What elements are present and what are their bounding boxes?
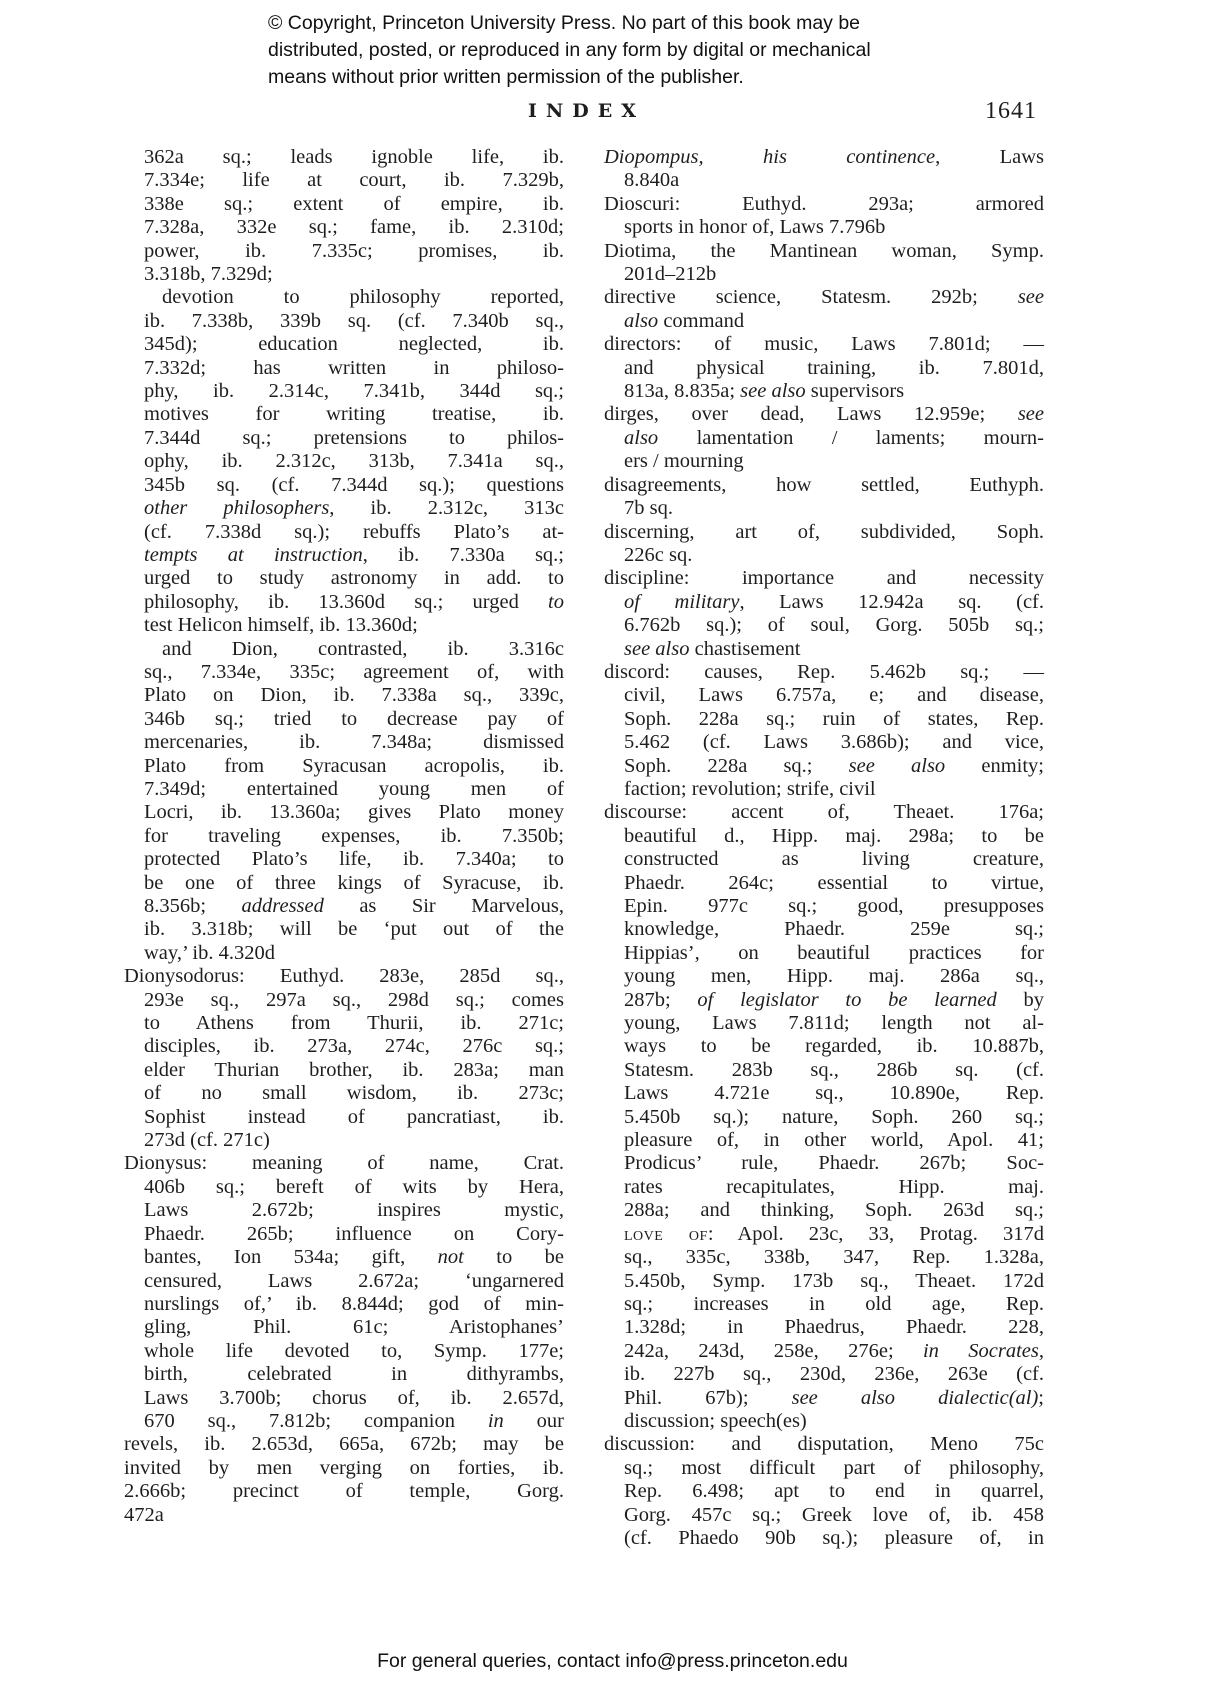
index-line: also command (604, 310, 1044, 333)
index-line: 338e sq.; extent of empire, ib. (124, 193, 564, 216)
index-line: young, Laws 7.811d; length not al- (604, 1012, 1044, 1035)
index-line: Soph. 228a sq.; ruin of states, Rep. (604, 708, 1044, 731)
index-line: Statesm. 283b sq., 286b sq. (cf. (604, 1059, 1044, 1082)
index-line: pleasure of, in other world, Apol. 41; (604, 1129, 1044, 1152)
index-line: 813a, 8.835a; see also supervisors (604, 380, 1044, 403)
index-line: Diopompus, his continence, Laws (604, 146, 1044, 169)
footer-contact: For general queries, contact info@press.… (0, 1650, 1225, 1673)
index-line: nurslings of,’ ib. 8.844d; god of min- (124, 1293, 564, 1316)
index-line: 5.462 (cf. Laws 3.686b); and vice, (604, 731, 1044, 754)
index-line: faction; revolution; strife, civil (604, 778, 1044, 801)
index-line: for traveling expenses, ib. 7.350b; (124, 825, 564, 848)
index-line: 288a; and thinking, Soph. 263d sq.; (604, 1199, 1044, 1222)
index-line: 5.450b, Symp. 173b sq., Theaet. 172d (604, 1270, 1044, 1293)
index-line: discussion: and disputation, Meno 75c (604, 1433, 1044, 1456)
index-line: directors: of music, Laws 7.801d; — (604, 333, 1044, 356)
index-line: Laws 4.721e sq., 10.890e, Rep. (604, 1082, 1044, 1105)
index-line: discourse: accent of, Theaet. 176a; (604, 801, 1044, 824)
index-line: Epin. 977c sq.; good, presupposes (604, 895, 1044, 918)
index-line: ib. 227b sq., 230d, 236e, 263e (cf. (604, 1363, 1044, 1386)
index-line: 2.666b; precinct of temple, Gorg. (124, 1480, 564, 1503)
index-line: 242a, 243d, 258e, 276e; in Socrates, (604, 1340, 1044, 1363)
index-line: disagreements, how settled, Euthyph. (604, 474, 1044, 497)
index-line: philosophy, ib. 13.360d sq.; urged to (124, 591, 564, 614)
index-line: censured, Laws 2.672a; ‘ungarnered (124, 1270, 564, 1293)
index-line: Diotima, the Mantinean woman, Symp. (604, 240, 1044, 263)
copyright-line: distributed, posted, or reproduced in an… (268, 37, 988, 64)
index-line: way,’ ib. 4.320d (124, 942, 564, 965)
index-line: invited by men verging on forties, ib. (124, 1457, 564, 1480)
index-line: protected Plato’s life, ib. 7.340a; to (124, 848, 564, 871)
index-line: 8.356b; addressed as Sir Marvelous, (124, 895, 564, 918)
index-line: rates recapitulates, Hipp. maj. (604, 1176, 1044, 1199)
index-line: 7.349d; entertained young men of (124, 778, 564, 801)
index-line: Phaedr. 264c; essential to virtue, (604, 872, 1044, 895)
index-line: gling, Phil. 61c; Aristophanes’ (124, 1316, 564, 1339)
index-line: of no small wisdom, ib. 273c; (124, 1082, 564, 1105)
index-line: 7.344d sq.; pretensions to philos- (124, 427, 564, 450)
index-line: young men, Hipp. maj. 286a sq., (604, 965, 1044, 988)
index-column-left: 362a sq.; leads ignoble life, ib.7.334e;… (124, 146, 564, 1527)
index-line: 406b sq.; bereft of wits by Hera, (124, 1176, 564, 1199)
index-line: ib. 7.338b, 339b sq. (cf. 7.340b sq., (124, 310, 564, 333)
index-line: motives for writing treatise, ib. (124, 403, 564, 426)
index-line: 670 sq., 7.812b; companion in our (124, 1410, 564, 1433)
index-line: 7.328a, 332e sq.; fame, ib. 2.310d; (124, 216, 564, 239)
index-line: 3.318b, 7.329d; (124, 263, 564, 286)
index-line: ways to be regarded, ib. 10.887b, (604, 1035, 1044, 1058)
copyright-line: © Copyright, Princeton University Press.… (268, 10, 988, 37)
index-line: 6.762b sq.); of soul, Gorg. 505b sq.; (604, 614, 1044, 637)
index-line: Phil. 67b); see also dialectic(al); (604, 1387, 1044, 1410)
index-line: beautiful d., Hipp. maj. 298a; to be (604, 825, 1044, 848)
index-line: Plato on Dion, ib. 7.338a sq., 339c, (124, 684, 564, 707)
index-line: and Dion, contrasted, ib. 3.316c (124, 638, 564, 661)
index-line: Hippias’, on beautiful practices for (604, 942, 1044, 965)
index-line: Locri, ib. 13.360a; gives Plato money (124, 801, 564, 824)
index-line: Rep. 6.498; apt to end in quarrel, (604, 1480, 1044, 1503)
index-line: bantes, Ion 534a; gift, not to be (124, 1246, 564, 1269)
index-line: 7.334e; life at court, ib. 7.329b, (124, 169, 564, 192)
index-line: discipline: importance and necessity (604, 567, 1044, 590)
index-line: 345d); education neglected, ib. (124, 333, 564, 356)
index-line: phy, ib. 2.314c, 7.341b, 344d sq.; (124, 380, 564, 403)
index-line: elder Thurian brother, ib. 283a; man (124, 1059, 564, 1082)
running-title: INDEX (528, 100, 645, 122)
page-number: 1641 (985, 98, 1037, 125)
index-line: Dionysus: meaning of name, Crat. (124, 1152, 564, 1175)
index-line: (cf. Phaedo 90b sq.); pleasure of, in (604, 1527, 1044, 1550)
index-line: 362a sq.; leads ignoble life, ib. (124, 146, 564, 169)
index-line: ophy, ib. 2.312c, 313b, 7.341a sq., (124, 450, 564, 473)
index-line: discussion; speech(es) (604, 1410, 1044, 1433)
index-line: Sophist instead of pancratiast, ib. (124, 1106, 564, 1129)
index-line: mercenaries, ib. 7.348a; dismissed (124, 731, 564, 754)
index-line: Soph. 228a sq.; see also enmity; (604, 755, 1044, 778)
index-line: 345b sq. (cf. 7.344d sq.); questions (124, 474, 564, 497)
index-line: 472a (124, 1504, 564, 1527)
index-line: revels, ib. 2.653d, 665a, 672b; may be (124, 1433, 564, 1456)
index-line: (cf. 7.338d sq.); rebuffs Plato’s at- (124, 521, 564, 544)
index-line: love of: Apol. 23c, 33, Protag. 317d (604, 1223, 1044, 1246)
index-line: 7.332d; has written in philoso- (124, 357, 564, 380)
index-line: discord: causes, Rep. 5.462b sq.; — (604, 661, 1044, 684)
index-line: disciples, ib. 273a, 274c, 276c sq.; (124, 1035, 564, 1058)
index-line: Laws 3.700b; chorus of, ib. 2.657d, (124, 1387, 564, 1410)
index-line: and physical training, ib. 7.801d, (604, 357, 1044, 380)
index-line: 346b sq.; tried to decrease pay of (124, 708, 564, 731)
index-line: sq., 7.334e, 335c; agreement of, with (124, 661, 564, 684)
index-line: 287b; of legislator to be learned by (604, 989, 1044, 1012)
index-line: 5.450b sq.); nature, Soph. 260 sq.; (604, 1106, 1044, 1129)
copyright-line: means without prior written permission o… (268, 64, 988, 91)
index-line: also lamentation / laments; mourn- (604, 427, 1044, 450)
index-line: 7b sq. (604, 497, 1044, 520)
index-line: ers / mourning (604, 450, 1044, 473)
index-line: test Helicon himself, ib. 13.360d; (124, 614, 564, 637)
index-line: ib. 3.318b; will be ‘put out of the (124, 918, 564, 941)
index-line: birth, celebrated in dithyrambs, (124, 1363, 564, 1386)
index-line: civil, Laws 6.757a, e; and disease, (604, 684, 1044, 707)
index-line: 201d–212b (604, 263, 1044, 286)
copyright-notice: © Copyright, Princeton University Press.… (268, 10, 988, 91)
index-line: 8.840a (604, 169, 1044, 192)
index-line: directive science, Statesm. 292b; see (604, 286, 1044, 309)
index-line: sq., 335c, 338b, 347, Rep. 1.328a, (604, 1246, 1044, 1269)
index-line: Dioscuri: Euthyd. 293a; armored (604, 193, 1044, 216)
index-line: Dionysodorus: Euthyd. 283e, 285d sq., (124, 965, 564, 988)
index-line: whole life devoted to, Symp. 177e; (124, 1340, 564, 1363)
index-line: 226c sq. (604, 544, 1044, 567)
index-line: other philosophers, ib. 2.312c, 313c (124, 497, 564, 520)
index-line: sq.; increases in old age, Rep. (604, 1293, 1044, 1316)
index-line: tempts at instruction, ib. 7.330a sq.; (124, 544, 564, 567)
index-line: Laws 2.672b; inspires mystic, (124, 1199, 564, 1222)
index-line: constructed as living creature, (604, 848, 1044, 871)
index-line: to Athens from Thurii, ib. 271c; (124, 1012, 564, 1035)
index-line: sports in honor of, Laws 7.796b (604, 216, 1044, 239)
index-line: 1.328d; in Phaedrus, Phaedr. 228, (604, 1316, 1044, 1339)
index-line: knowledge, Phaedr. 259e sq.; (604, 918, 1044, 941)
index-line: devotion to philosophy reported, (124, 286, 564, 309)
index-line: Plato from Syracusan acropolis, ib. (124, 755, 564, 778)
index-line: be one of three kings of Syracuse, ib. (124, 872, 564, 895)
index-line: sq.; most difficult part of philosophy, (604, 1457, 1044, 1480)
index-line: see also chastisement (604, 638, 1044, 661)
index-line: 293e sq., 297a sq., 298d sq.; comes (124, 989, 564, 1012)
index-line: Gorg. 457c sq.; Greek love of, ib. 458 (604, 1504, 1044, 1527)
index-line: dirges, over dead, Laws 12.959e; see (604, 403, 1044, 426)
index-column-right: Diopompus, his continence, Laws8.840aDio… (604, 146, 1044, 1550)
index-line: Phaedr. 265b; influence on Cory- (124, 1223, 564, 1246)
index-line: power, ib. 7.335c; promises, ib. (124, 240, 564, 263)
index-line: discerning, art of, subdivided, Soph. (604, 521, 1044, 544)
index-line: 273d (cf. 271c) (124, 1129, 564, 1152)
index-line: urged to study astronomy in add. to (124, 567, 564, 590)
index-line: of military, Laws 12.942a sq. (cf. (604, 591, 1044, 614)
index-line: Prodicus’ rule, Phaedr. 267b; Soc- (604, 1152, 1044, 1175)
